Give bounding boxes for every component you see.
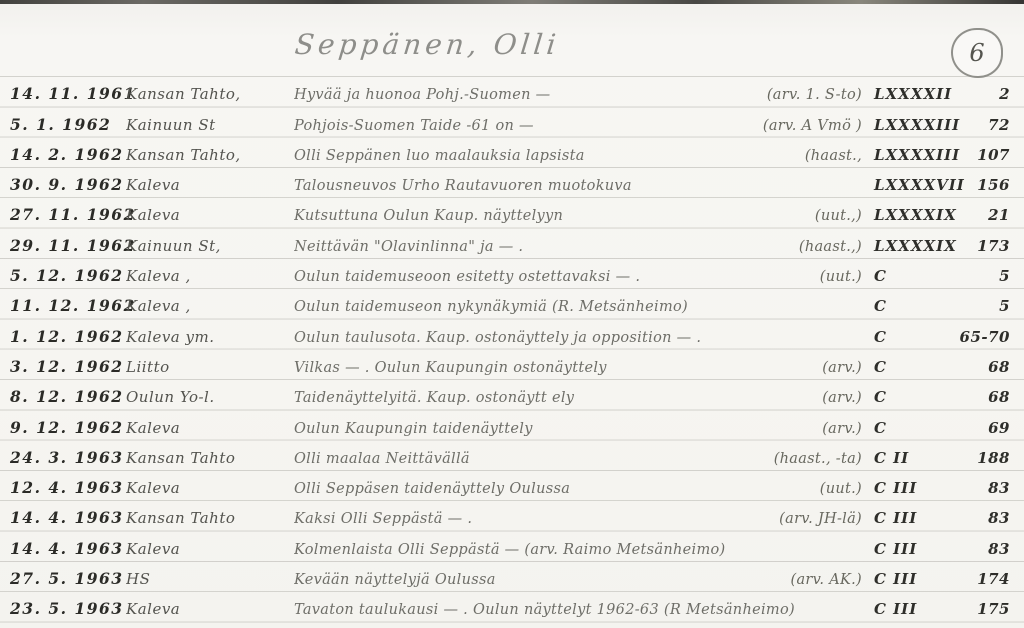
entry-ref-volume: LXXXXVII	[874, 176, 965, 194]
entry-source: Kaleva ,	[126, 267, 294, 285]
entry-title-cell: Neittävän "Olavinlinna" ja — . (haast.,)	[294, 239, 874, 255]
entry-reference: C III 83	[874, 540, 1024, 558]
entry-date: 27. 5. 1963	[0, 569, 126, 588]
entry-source: Kansan Tahto,	[126, 146, 294, 164]
entry-note: (arv. 1. S-to)	[767, 87, 862, 103]
entry-date: 14. 11. 1961	[0, 84, 126, 103]
entry-reference: C 68	[874, 388, 1024, 406]
entry-date: 27. 11. 1962	[0, 205, 126, 224]
entry-title-cell: Kaksi Olli Seppästä — . (arv. JH-lä)	[294, 511, 874, 527]
entry-reference: LXXXXVII 156	[874, 176, 1024, 194]
entry-row: 24. 3. 1963 Kansan Tahto Olli maalaa Nei…	[0, 440, 1024, 470]
entry-date: 11. 12. 1962	[0, 296, 126, 315]
entry-ref-volume: C	[874, 267, 887, 285]
page-number-badge: 6	[951, 28, 1003, 78]
entry-reference: C 65-70	[874, 328, 1024, 346]
entry-title: Taidenäyttelyitä. Kaup. ostonäytt ely	[294, 390, 574, 406]
page-number: 6	[969, 39, 984, 67]
entry-title-cell: Kutsuttuna Oulun Kaup. näyttelyyn (uut.,…	[294, 208, 874, 224]
entry-row: 9. 12. 1962 Kaleva Oulun Kaupungin taide…	[0, 409, 1024, 439]
entry-date: 12. 4. 1963	[0, 478, 126, 497]
entry-row: 14. 4. 1963 Kansan Tahto Kaksi Olli Sepp…	[0, 500, 1024, 530]
entry-note: (uut.)	[820, 269, 862, 285]
entry-date: 14. 4. 1963	[0, 539, 126, 558]
entry-date: 3. 12. 1962	[0, 357, 126, 376]
entry-title-cell: Pohjois-Suomen Taide -61 on — (arv. A Vm…	[294, 118, 874, 134]
entry-ref-volume: C	[874, 388, 887, 406]
entry-ref-page: 21	[988, 206, 1010, 224]
entry-title: Kolmenlaista Olli Seppästä — (arv. Raimo…	[294, 542, 726, 558]
entry-ref-volume: LXXXXII	[874, 85, 952, 103]
entry-date: 1. 12. 1962	[0, 327, 126, 346]
entry-title: Hyvää ja huonoa Pohj.-Suomen —	[294, 87, 550, 103]
entry-ref-volume: C	[874, 419, 887, 437]
entry-title-cell: Taidenäyttelyitä. Kaup. ostonäytt ely (a…	[294, 390, 874, 406]
entry-source: Kaleva ym.	[126, 328, 294, 346]
entry-title: Kaksi Olli Seppästä — .	[294, 511, 472, 527]
entry-source: Liitto	[126, 358, 294, 376]
entry-reference: LXXXXIX 21	[874, 206, 1024, 224]
entry-title-cell: Kevään näyttelyjä Oulussa (arv. AK.)	[294, 572, 874, 588]
entry-ref-page: 83	[988, 479, 1010, 497]
entry-ref-volume: C II	[874, 449, 909, 467]
index-card: Seppänen, Olli 6 14. 11. 1961 Kansan Tah…	[0, 0, 1024, 628]
entry-row: 5. 1. 1962 Kainuun St Pohjois-Suomen Tai…	[0, 106, 1024, 136]
entry-title: Oulun Kaupungin taidenäyttely	[294, 421, 533, 437]
entry-ref-page: 69	[988, 419, 1010, 437]
entry-date: 5. 1. 1962	[0, 115, 126, 134]
entry-ref-volume: LXXXXIX	[874, 237, 957, 255]
entry-title-cell: Tavaton taulukausi — . Oulun näyttelyt 1…	[294, 602, 874, 618]
entry-title-cell: Olli maalaa Neittävällä (haast., -ta)	[294, 451, 874, 467]
entry-reference: C III 83	[874, 509, 1024, 527]
entry-note: (haast.,	[805, 148, 862, 164]
entry-row: 12. 4. 1963 Kaleva Olli Seppäsen taidenä…	[0, 470, 1024, 500]
entry-date: 14. 2. 1962	[0, 145, 126, 164]
entry-source: Kainuun St	[126, 116, 294, 134]
entry-ref-volume: C III	[874, 509, 917, 527]
entry-source: Kaleva	[126, 176, 294, 194]
entry-title: Vilkas — . Oulun Kaupungin ostonäyttely	[294, 360, 607, 376]
entry-ref-volume: C III	[874, 479, 917, 497]
entry-source: Kansan Tahto	[126, 449, 294, 467]
entry-title: Talousneuvos Urho Rautavuoren muotokuva	[294, 178, 632, 194]
card-title: Seppänen, Olli	[293, 28, 561, 61]
entry-source: Kaleva	[126, 600, 294, 618]
entry-note: (uut.)	[820, 481, 862, 497]
entry-reference: C III 175	[874, 600, 1024, 618]
entry-reference: LXXXXIII 107	[874, 146, 1024, 164]
entry-ref-volume: LXXXXIII	[874, 146, 960, 164]
entry-row: 3. 12. 1962 Liitto Vilkas — . Oulun Kaup…	[0, 349, 1024, 379]
entry-title: Tavaton taulukausi — . Oulun näyttelyt 1…	[294, 602, 795, 618]
entry-reference: C 5	[874, 267, 1024, 285]
entry-reference: C III 83	[874, 479, 1024, 497]
entry-ref-page: 173	[977, 237, 1010, 255]
entry-title-cell: Olli Seppänen luo maalauksia lapsista (h…	[294, 148, 874, 164]
entry-ref-volume: C	[874, 358, 887, 376]
entry-row: 5. 12. 1962 Kaleva , Oulun taidemuseoon …	[0, 258, 1024, 288]
entry-title-cell: Hyvää ja huonoa Pohj.-Suomen — (arv. 1. …	[294, 87, 874, 103]
entry-date: 30. 9. 1962	[0, 175, 126, 194]
entry-row: 1. 12. 1962 Kaleva ym. Oulun taulusota. …	[0, 318, 1024, 348]
entry-date: 24. 3. 1963	[0, 448, 126, 467]
entry-title: Kevään näyttelyjä Oulussa	[294, 572, 496, 588]
scan-edge	[0, 0, 1024, 4]
entry-title: Olli Seppäsen taidenäyttely Oulussa	[294, 481, 570, 497]
entry-title-cell: Talousneuvos Urho Rautavuoren muotokuva	[294, 178, 874, 194]
entry-note: (arv.)	[822, 390, 862, 406]
entry-source: Kaleva	[126, 540, 294, 558]
entry-reference: C 68	[874, 358, 1024, 376]
entry-ref-page: 107	[977, 146, 1010, 164]
entry-source: HS	[126, 570, 294, 588]
entry-ref-volume: C III	[874, 570, 917, 588]
entry-note: (arv. AK.)	[791, 572, 863, 588]
entry-row: 14. 2. 1962 Kansan Tahto, Olli Seppänen …	[0, 137, 1024, 167]
entry-title-cell: Oulun Kaupungin taidenäyttely (arv.)	[294, 421, 874, 437]
entry-note: (haast., -ta)	[774, 451, 862, 467]
entry-row: 14. 4. 1963 Kaleva Kolmenlaista Olli Sep…	[0, 530, 1024, 560]
entry-date: 9. 12. 1962	[0, 418, 126, 437]
entry-date: 23. 5. 1963	[0, 599, 126, 618]
entry-ref-volume: LXXXXIX	[874, 206, 957, 224]
entry-row: 23. 5. 1963 Kaleva Tavaton taulukausi — …	[0, 591, 1024, 621]
entry-date: 5. 12. 1962	[0, 266, 126, 285]
entry-title-cell: Oulun taulusota. Kaup. ostonäyttely ja o…	[294, 330, 874, 346]
entry-title: Olli maalaa Neittävällä	[294, 451, 470, 467]
entry-source: Kaleva ,	[126, 297, 294, 315]
entry-note: (haast.,)	[799, 239, 862, 255]
entry-reference: LXXXXII 2	[874, 85, 1024, 103]
entry-title: Pohjois-Suomen Taide -61 on —	[294, 118, 534, 134]
entry-row: 11. 12. 1962 Kaleva , Oulun taidemuseon …	[0, 288, 1024, 318]
entry-source: Kansan Tahto	[126, 509, 294, 527]
entry-title: Oulun taidemuseoon esitetty ostettavaksi…	[294, 269, 640, 285]
entry-ref-volume: C III	[874, 540, 917, 558]
entry-title: Oulun taidemuseon nykynäkymiä (R. Metsän…	[294, 299, 688, 315]
entry-source: Kaleva	[126, 206, 294, 224]
entry-ref-volume: C	[874, 328, 887, 346]
entry-date: 14. 4. 1963	[0, 508, 126, 527]
entry-ref-page: 68	[988, 358, 1010, 376]
entry-title: Olli Seppänen luo maalauksia lapsista	[294, 148, 585, 164]
entry-ref-page: 174	[977, 570, 1010, 588]
entry-row: 14. 11. 1961 Kansan Tahto, Hyvää ja huon…	[0, 76, 1024, 106]
entry-ref-page: 156	[977, 176, 1010, 194]
entry-ref-page: 72	[988, 116, 1010, 134]
entry-title-cell: Olli Seppäsen taidenäyttely Oulussa (uut…	[294, 481, 874, 497]
entry-reference: C 69	[874, 419, 1024, 437]
entry-title: Oulun taulusota. Kaup. ostonäyttely ja o…	[294, 330, 701, 346]
entry-title: Kutsuttuna Oulun Kaup. näyttelyyn	[294, 208, 563, 224]
entry-reference: C 5	[874, 297, 1024, 315]
entry-reference: LXXXXIX 173	[874, 237, 1024, 255]
entry-reference: C II 188	[874, 449, 1024, 467]
entry-ref-page: 68	[988, 388, 1010, 406]
entry-ref-page: 5	[999, 267, 1010, 285]
entry-title-cell: Vilkas — . Oulun Kaupungin ostonäyttely …	[294, 360, 874, 376]
entry-ref-page: 83	[988, 509, 1010, 527]
entry-note: (arv. A Vmö )	[763, 118, 862, 134]
entry-ref-page: 188	[977, 449, 1010, 467]
entry-title-cell: Oulun taidemuseon nykynäkymiä (R. Metsän…	[294, 299, 874, 315]
entry-date: 29. 11. 1962	[0, 236, 126, 255]
entry-ref-page: 5	[999, 297, 1010, 315]
entry-row: 30. 9. 1962 Kaleva Talousneuvos Urho Rau…	[0, 167, 1024, 197]
entry-source: Kaleva	[126, 479, 294, 497]
entry-ref-page: 83	[988, 540, 1010, 558]
entry-source: Oulun Yo-l.	[126, 388, 294, 406]
entry-note: (arv. JH-lä)	[779, 511, 862, 527]
entry-row: 8. 12. 1962 Oulun Yo-l. Taidenäyttelyitä…	[0, 379, 1024, 409]
entry-row: 27. 11. 1962 Kaleva Kutsuttuna Oulun Kau…	[0, 197, 1024, 227]
entry-ref-page: 65-70	[960, 328, 1010, 346]
entry-source: Kaleva	[126, 419, 294, 437]
entry-ref-page: 2	[999, 85, 1010, 103]
entry-ref-volume: C III	[874, 600, 917, 618]
entry-ref-volume: C	[874, 297, 887, 315]
entry-list: 14. 11. 1961 Kansan Tahto, Hyvää ja huon…	[0, 76, 1024, 621]
entry-row: 29. 11. 1962 Kainuun St, Neittävän "Olav…	[0, 227, 1024, 257]
entry-row: 27. 5. 1963 HS Kevään näyttelyjä Oulussa…	[0, 561, 1024, 591]
entry-note: (arv.)	[822, 421, 862, 437]
entry-title-cell: Oulun taidemuseoon esitetty ostettavaksi…	[294, 269, 874, 285]
entry-title: Neittävän "Olavinlinna" ja — .	[294, 239, 523, 255]
entry-reference: LXXXXIII 72	[874, 116, 1024, 134]
entry-ref-page: 175	[977, 600, 1010, 618]
entry-note: (arv.)	[822, 360, 862, 376]
entry-reference: C III 174	[874, 570, 1024, 588]
entry-ref-volume: LXXXXIII	[874, 116, 960, 134]
entry-note: (uut.,)	[815, 208, 862, 224]
entry-source: Kansan Tahto,	[126, 85, 294, 103]
entry-source: Kainuun St,	[126, 237, 294, 255]
entry-title-cell: Kolmenlaista Olli Seppästä — (arv. Raimo…	[294, 542, 874, 558]
entry-date: 8. 12. 1962	[0, 387, 126, 406]
